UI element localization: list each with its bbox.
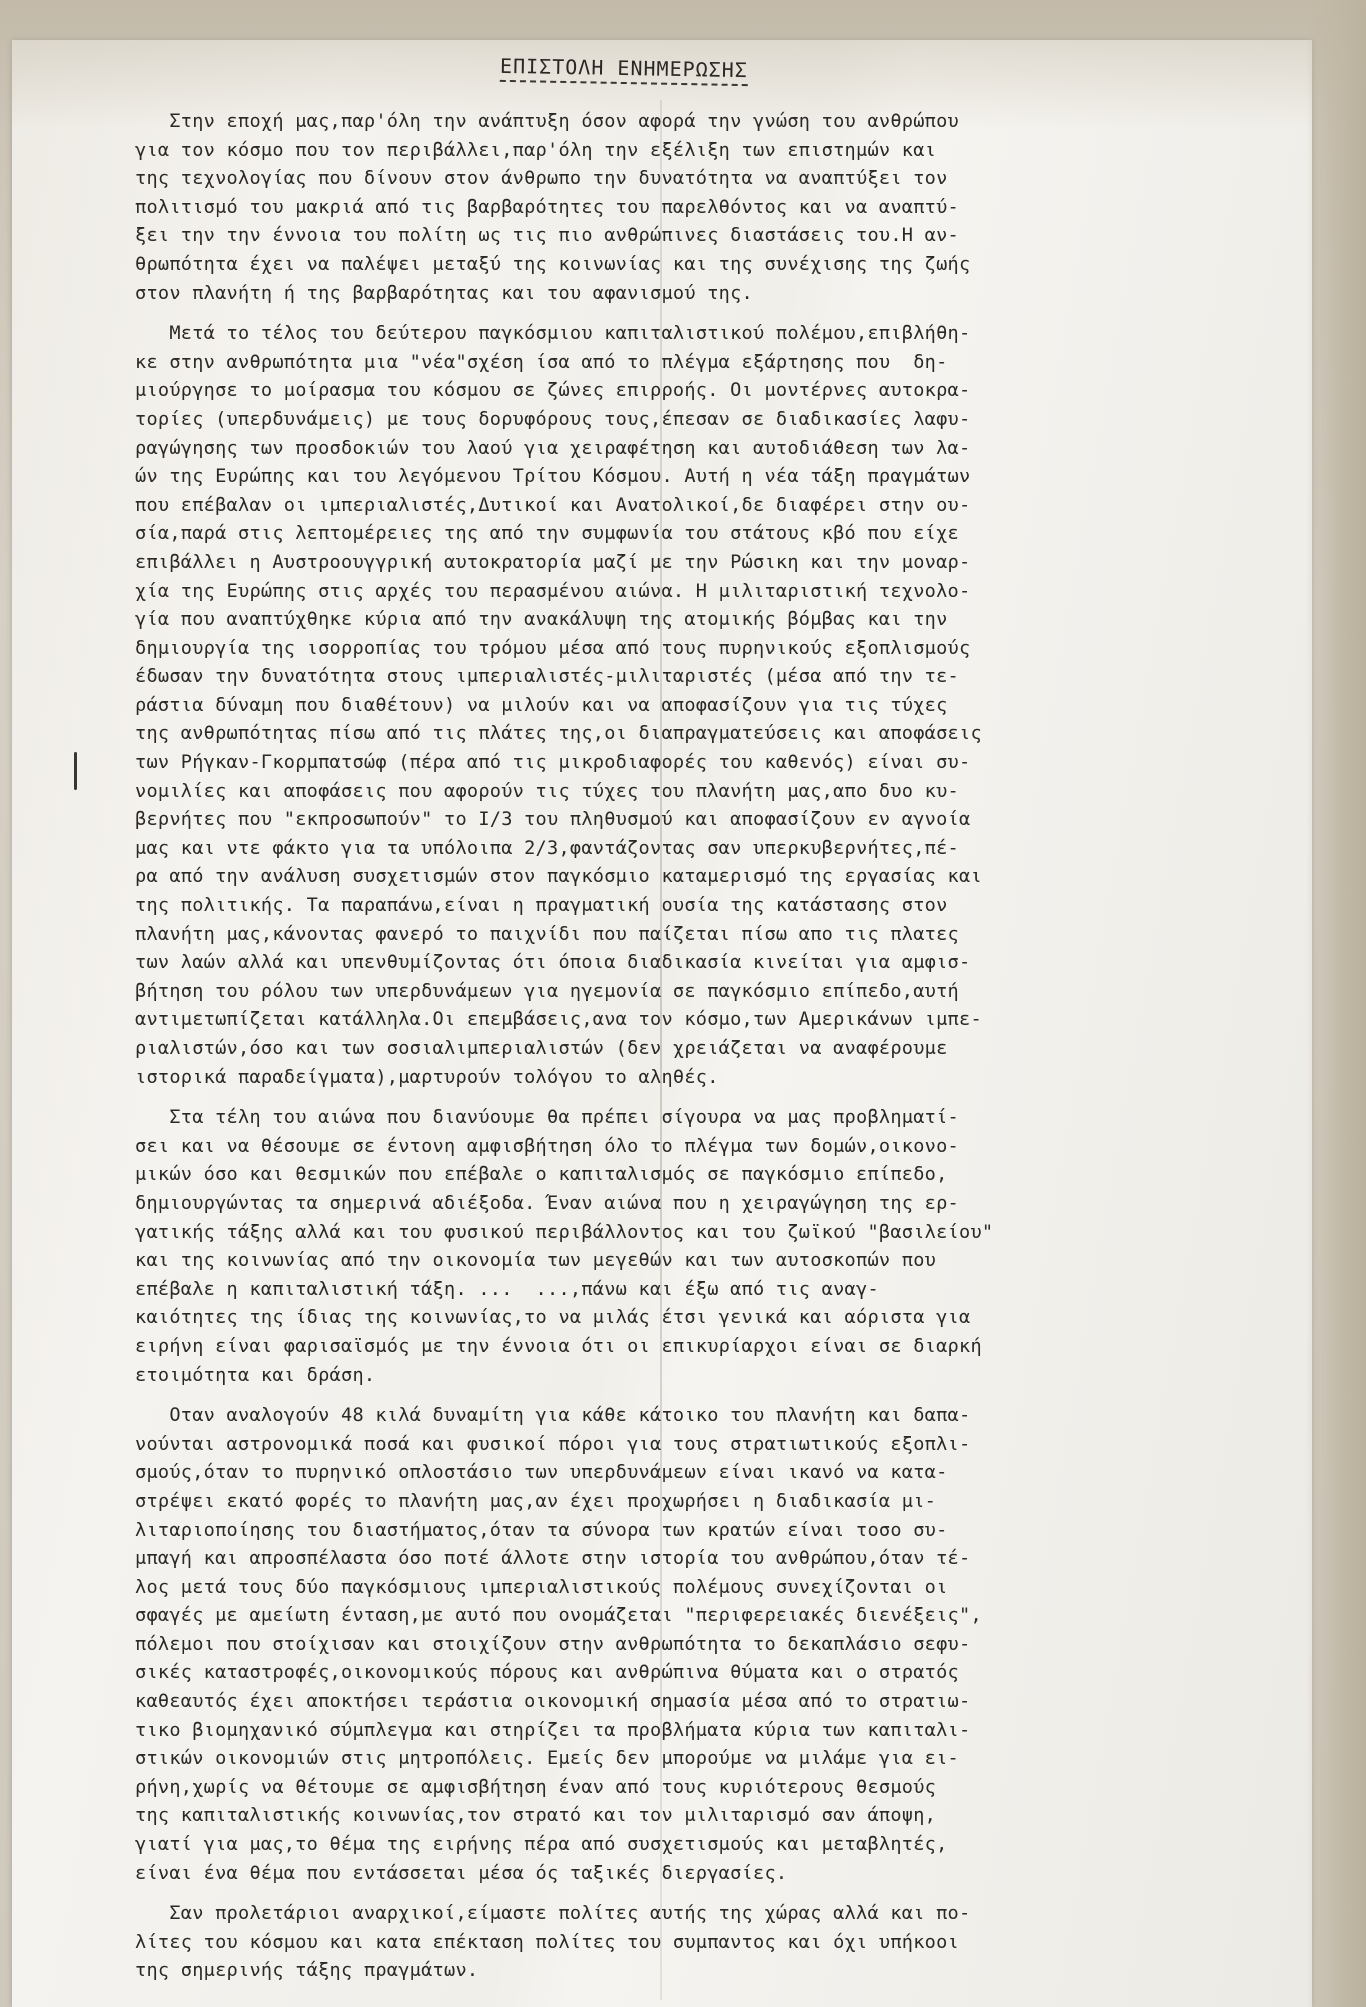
text-line: επέβαλε η καπιταλιστική τάξη. ... ...,πά… <box>135 1276 1195 1305</box>
text-line: τορίες (υπερδυνάμεις) με τους δορυφόρους… <box>135 406 1195 435</box>
text-line: τικο βιομηχανικό σύμπλεγμα και στηρίζει … <box>135 1717 1195 1746</box>
text-line: σία,παρά στις λεπτομέρειες της από την σ… <box>135 520 1195 549</box>
text-line: δημιουργώντας τα σημερινά αδιέξοδα. Έναν… <box>135 1190 1195 1219</box>
text-line: κε στην ανθρωπότητα μια "νέα"σχέση ίσα α… <box>135 349 1195 378</box>
text-line: αντιμετωπίζεται κατάλληλα.Οι επεμβάσεις,… <box>135 1006 1195 1035</box>
text-line: πολιτισμό του μακριά από τις βαρβαρότητε… <box>135 194 1195 223</box>
paragraph: Μετά το τέλος του δεύτερου παγκόσμιου κα… <box>135 320 1195 1092</box>
text-line: λος μετά τους δύο παγκόσμιους ιμπεριαλισ… <box>135 1574 1195 1603</box>
text-line: θρωπότητα έχει να παλέψει μεταξύ της κοι… <box>135 251 1195 280</box>
text-line: σικές καταστροφές,οικονομικούς πόρους κα… <box>135 1659 1195 1688</box>
text-line: Οταν αναλογούν 48 κιλά δυναμίτη για κάθε… <box>135 1402 1195 1431</box>
text-line: σει και να θέσουμε σε έντονη αμφισβήτηση… <box>135 1133 1195 1162</box>
text-line: μιούργησε το μοίρασμα του κόσμου σε ζώνε… <box>135 377 1195 406</box>
text-line: στρέψει εκατό φορές το πλανήτη μας,αν έχ… <box>135 1488 1195 1517</box>
text-line: της τεχνολογίας που δίνουν στον άνθρωπο … <box>135 165 1195 194</box>
text-line: σμούς,όταν το πυρηνικό οπλοστάσιο των υπ… <box>135 1459 1195 1488</box>
text-line: γιατί για μας,το θέμα της ειρήνης πέρα α… <box>135 1831 1195 1860</box>
text-line: μικών όσο και θεσμικών που επέβαλε ο καπ… <box>135 1161 1195 1190</box>
text-line: πόλεμοι που στοίχισαν και στοιχίζουν στη… <box>135 1631 1195 1660</box>
text-line: των Ρήγκαν-Γκορμπατσώφ (πέρα από τις μικ… <box>135 749 1195 778</box>
text-line: της πολιτικής. Τα παραπάνω,είναι η πραγμ… <box>135 892 1195 921</box>
text-line: επιβάλλει η Αυστροουγγρική αυτοκρατορία … <box>135 549 1195 578</box>
text-line: λίτες του κόσμου και κατα επέκταση πολίτ… <box>135 1929 1195 1958</box>
background-surface <box>1306 0 1366 2007</box>
text-line: έδωσαν την δυνατότητα στους ιμπεριαλιστέ… <box>135 663 1195 692</box>
text-line: λιταριοποίησης του διαστήματος,όταν τα σ… <box>135 1517 1195 1546</box>
text-line: γατικής τάξης αλλά και του φυσικού περιβ… <box>135 1219 1195 1248</box>
text-line: Στα τέλη του αιώνα που διανύουμε θα πρέπ… <box>135 1104 1195 1133</box>
text-line: ράστια δύναμη που διαθέτουν) να μιλούν κ… <box>135 692 1195 721</box>
text-line: βερνήτες που "εκπροσωπούν" το I/3 του πλ… <box>135 806 1195 835</box>
document-title: ΕΠΙΣΤΟΛΗ ΕΝΗΜΕΡΩΣΗΣ <box>500 54 748 86</box>
text-line: καιότητες της ίδιας της κοινωνίας,το να … <box>135 1304 1195 1333</box>
text-line: της καπιταλιστικής κοινωνίας,τον στρατό … <box>135 1802 1195 1831</box>
text-line: ραγώγησης των προσδοκιών του λαού για χε… <box>135 435 1195 464</box>
paragraph: Στην εποχή μας,παρ'όλη την ανάπτυξη όσον… <box>135 108 1195 308</box>
document-body: Στην εποχή μας,παρ'όλη την ανάπτυξη όσον… <box>135 108 1195 1998</box>
text-line: χία της Ευρώπης στις αρχές του περασμένο… <box>135 578 1195 607</box>
text-line: για τον κόσμο που τον περιβάλλει,παρ'όλη… <box>135 137 1195 166</box>
text-line: καθεαυτός έχει αποκτήσει τεράστια οικονο… <box>135 1688 1195 1717</box>
text-line: μπαγή και απροσπέλαστα όσο ποτέ άλλοτε σ… <box>135 1545 1195 1574</box>
text-line: ριαλιστών,όσο και των σοσιαλιμπεριαλιστώ… <box>135 1035 1195 1064</box>
text-line: βήτηση του ρόλου των υπερδυνάμεων για ηγ… <box>135 978 1195 1007</box>
text-line: ρήνη,χωρίς να θέτουμε σε αμφισβήτηση ένα… <box>135 1774 1195 1803</box>
text-line: δημιουργία της ισορροπίας του τρόμου μέσ… <box>135 635 1195 664</box>
paragraph: Οταν αναλογούν 48 κιλά δυναμίτη για κάθε… <box>135 1402 1195 1888</box>
paragraph: Σαν προλετάριοι αναρχικοί,είμαστε πολίτε… <box>135 1900 1195 1986</box>
text-line: μας και ντε φάκτο για τα υπόλοιπα 2/3,φα… <box>135 835 1195 864</box>
text-line: στον πλανήτη ή της βαρβαρότητας και του … <box>135 280 1195 309</box>
margin-pen-mark <box>74 752 77 790</box>
text-line: ρα από την ανάλυση συσχετισμών στον παγκ… <box>135 863 1195 892</box>
text-line: που επέβαλαν οι ιμπεριαλιστές,Δυτικοί κα… <box>135 492 1195 521</box>
text-line: είναι ένα θέμα που εντάσσεται μέσα ός τα… <box>135 1860 1195 1889</box>
text-line: ών της Ευρώπης και του λεγόμενου Τρίτου … <box>135 463 1195 492</box>
text-line: ειρήνη είναι φαρισαϊσμός με την έννοια ό… <box>135 1333 1195 1362</box>
paragraph: Στα τέλη του αιώνα που διανύουμε θα πρέπ… <box>135 1104 1195 1390</box>
text-line: της ανθρωπότητας πίσω από τις πλάτες της… <box>135 720 1195 749</box>
text-line: νούνται αστρονομικά ποσά και φυσικοί πόρ… <box>135 1431 1195 1460</box>
text-line: σφαγές με αμείωτη ένταση,με αυτό που ονο… <box>135 1602 1195 1631</box>
text-line: ετοιμότητα και δράση. <box>135 1362 1195 1391</box>
text-line: γία που αναπτύχθηκε κύρια από την ανακάλ… <box>135 606 1195 635</box>
text-line: Μετά το τέλος του δεύτερου παγκόσμιου κα… <box>135 320 1195 349</box>
text-line: στικών οικονομιών στις μητροπόλεις. Εμεί… <box>135 1745 1195 1774</box>
text-line: Σαν προλετάριοι αναρχικοί,είμαστε πολίτε… <box>135 1900 1195 1929</box>
text-line: και της κοινωνίας από την οικονομία των … <box>135 1247 1195 1276</box>
text-line: της σημερινής τάξης πραγμάτων. <box>135 1957 1195 1986</box>
text-line: των λαών αλλά και υπενθυμίζοντας ότι όπο… <box>135 949 1195 978</box>
text-line: ξει την την έννοια του πολίτη ως τις πιο… <box>135 222 1195 251</box>
text-line: Στην εποχή μας,παρ'όλη την ανάπτυξη όσον… <box>135 108 1195 137</box>
text-line: πλανήτη μας,κάνοντας φανερό το παιχνίδι … <box>135 921 1195 950</box>
text-line: ιστορικά παραδείγματα),μαρτυρούν τολόγου… <box>135 1064 1195 1093</box>
text-line: νομιλίες και αποφάσεις που αφορούν τις τ… <box>135 778 1195 807</box>
